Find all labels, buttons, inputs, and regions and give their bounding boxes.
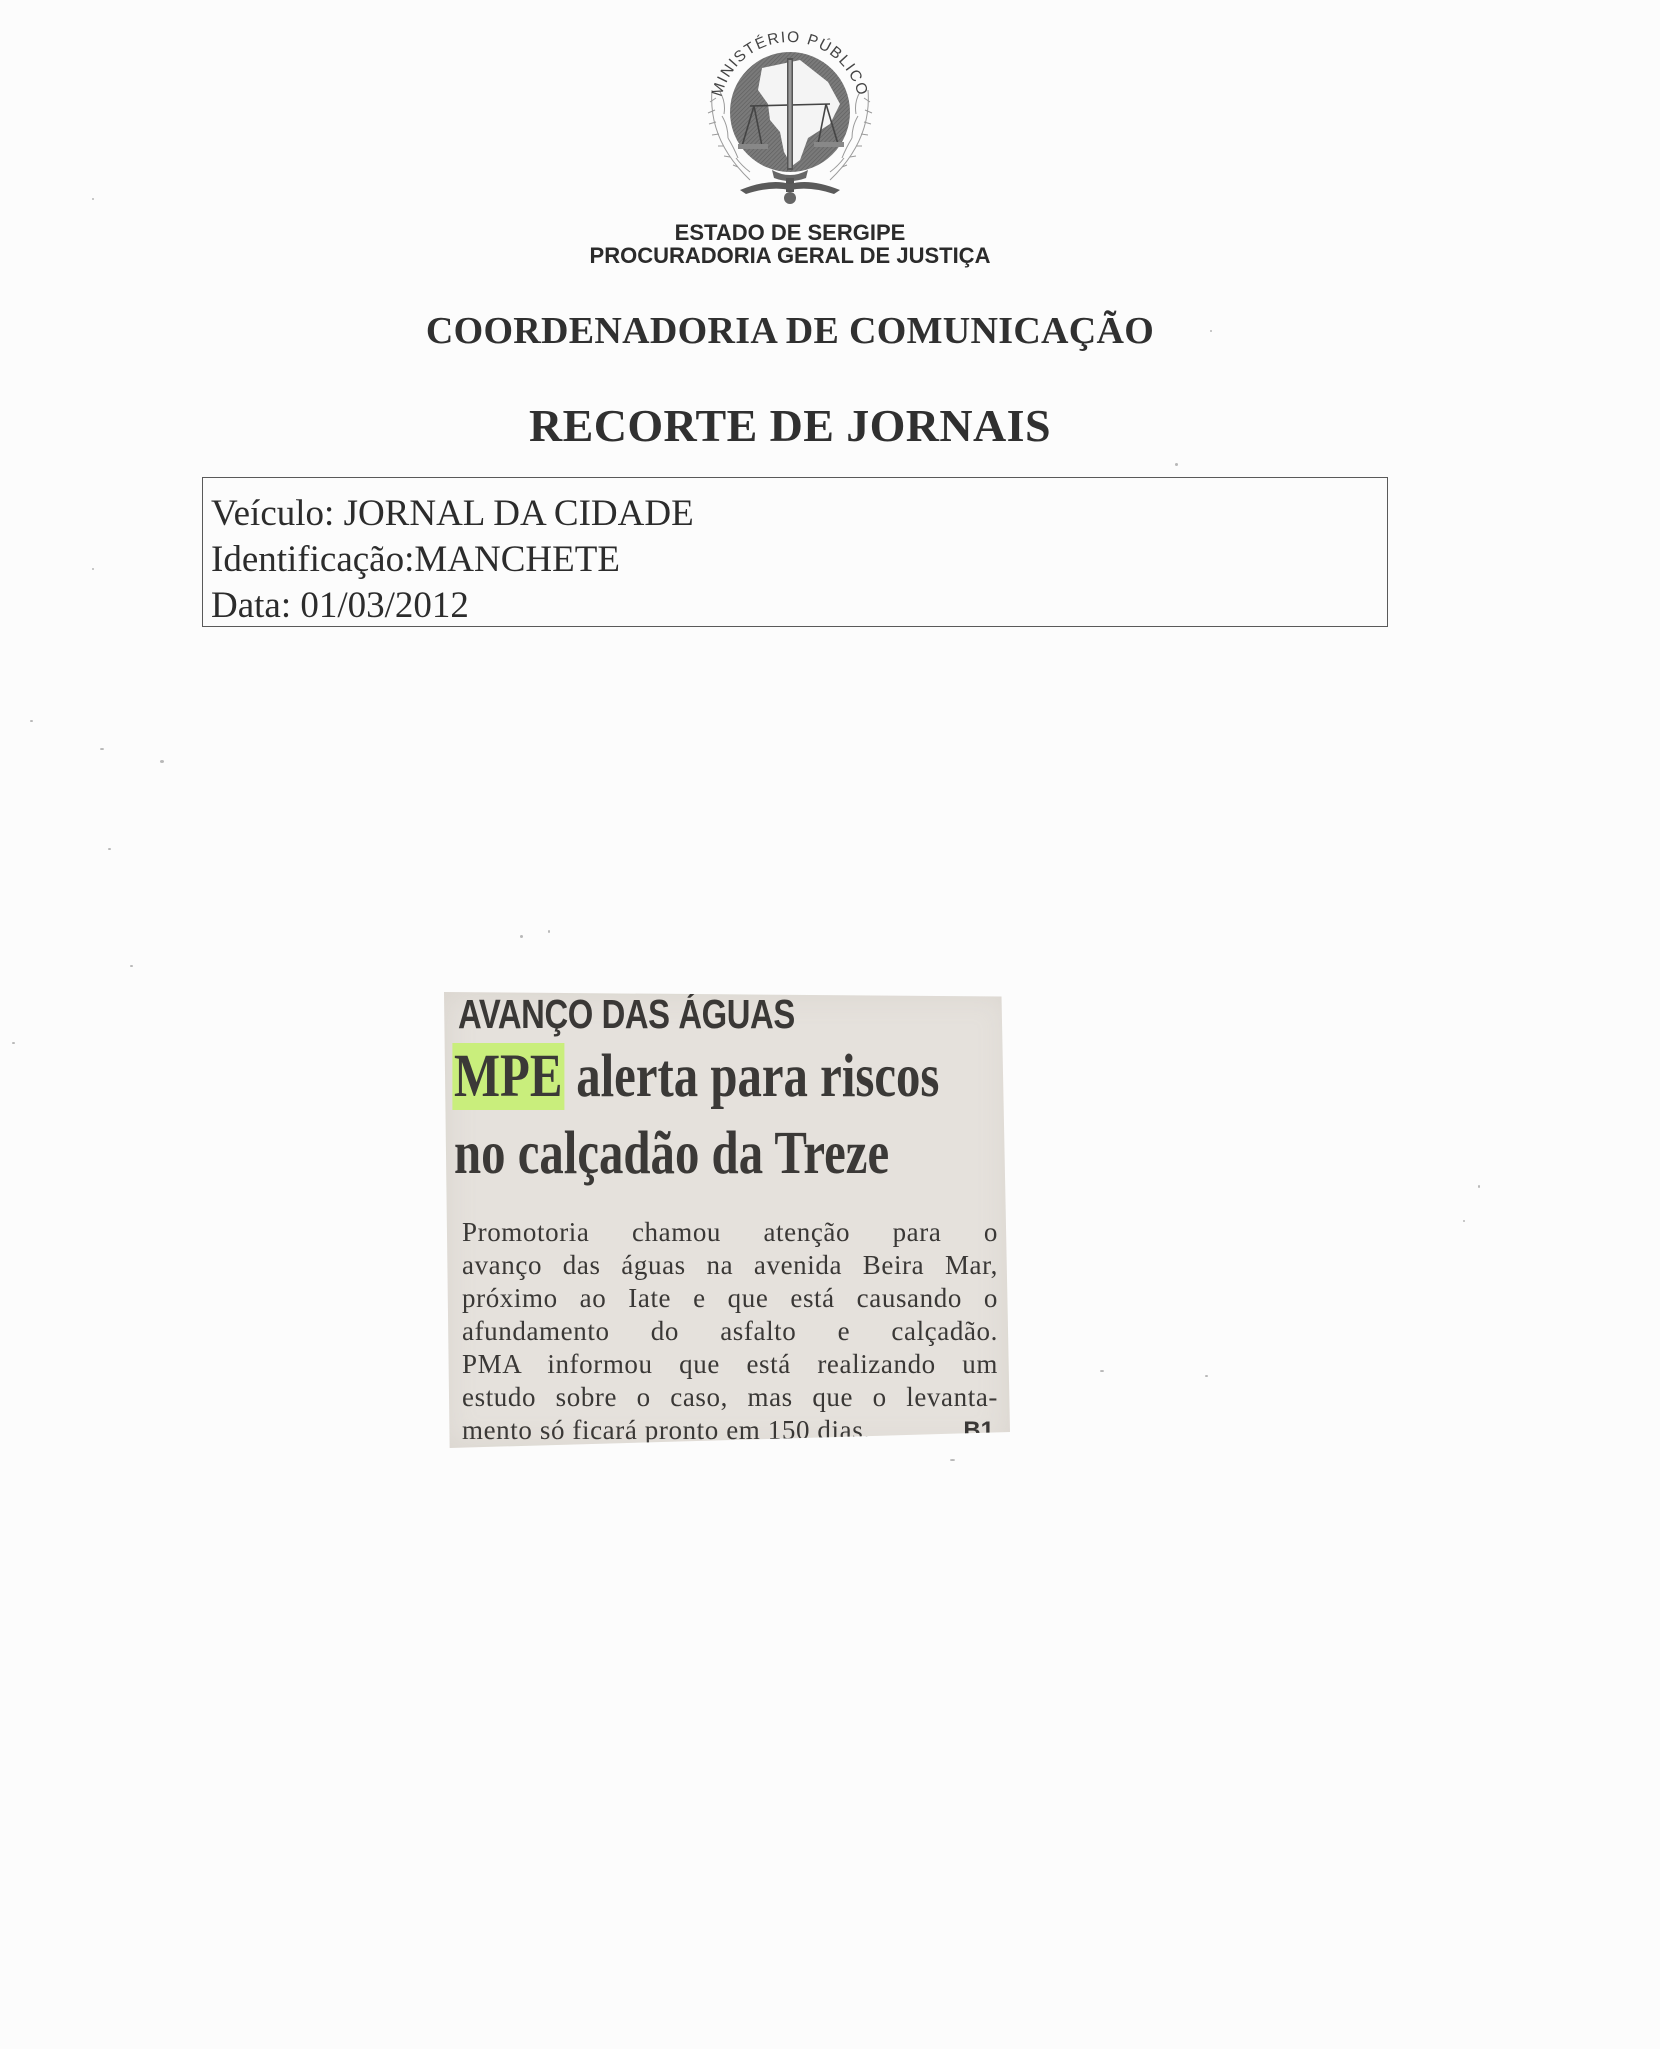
body-line: avanço das águas na avenida Beira Mar,: [462, 1249, 998, 1282]
scan-speck: [548, 930, 550, 933]
headline-line-1: MPE alerta para riscos: [454, 1044, 939, 1110]
date-row: Data: 01/03/2012: [211, 583, 1387, 629]
newspaper-clipping: AVANÇO DAS ÁGUAS MPE alerta para riscos …: [444, 992, 1010, 1448]
clipping-info-box: Veículo: JORNAL DA CIDADE Identificação:…: [202, 477, 1388, 627]
scan-speck: [108, 848, 111, 850]
scan-speck: [130, 965, 133, 967]
scan-speck: [1478, 1185, 1480, 1188]
scan-speck: [92, 568, 94, 570]
scan-speck: [1100, 1370, 1104, 1372]
vehicle-value: JORNAL DA CIDADE: [344, 493, 694, 534]
body-line: próximo ao Iate e que está causando o: [462, 1282, 998, 1315]
scan-speck: [1205, 1375, 1208, 1377]
scan-speck: [12, 1042, 15, 1044]
scan-speck: [160, 760, 164, 763]
vehicle-row: Veículo: JORNAL DA CIDADE: [211, 491, 1387, 537]
identification-row: Identificação:MANCHETE: [211, 537, 1387, 583]
vehicle-label: Veículo:: [211, 493, 334, 534]
date-label: Data:: [211, 585, 291, 626]
document-title: RECORTE DE JORNAIS: [0, 400, 1580, 452]
department-heading: COORDENADORIA DE COMUNICAÇÃO: [0, 309, 1580, 353]
page-reference: B1: [963, 1414, 994, 1447]
identification-label: Identificação:: [211, 539, 414, 580]
scan-speck: [520, 935, 523, 938]
ministerio-publico-seal-icon: MINISTÉRIO PÚBLICO: [700, 20, 880, 205]
body-line: Promotoria chamou atenção para o: [462, 1216, 998, 1249]
body-line-last: mento só ficará pronto em 150 dias.B1: [462, 1414, 998, 1447]
clipping-kicker: AVANÇO DAS ÁGUAS: [458, 990, 795, 1038]
identification-value: MANCHETE: [414, 539, 620, 580]
agency-name: PROCURADORIA GERAL DE JUSTIÇA: [0, 244, 1580, 268]
date-value: 01/03/2012: [300, 585, 469, 626]
headline-line-2: no calçadão da Treze: [454, 1121, 889, 1187]
body-line: PMA informou que está realizando um: [462, 1348, 998, 1381]
highlighted-text: MPE: [452, 1043, 564, 1110]
scan-speck: [950, 1459, 955, 1461]
state-name: ESTADO DE SERGIPE: [0, 221, 1580, 245]
scan-speck: [100, 748, 104, 750]
scan-speck: [1463, 1220, 1465, 1222]
body-line: afundamento do asfalto e calçadão.: [462, 1315, 998, 1348]
scan-speck: [92, 198, 94, 200]
body-line: estudo sobre o caso, mas que o levanta-: [462, 1381, 998, 1414]
scan-speck: [1210, 330, 1212, 332]
scan-speck: [1175, 463, 1178, 466]
headline-line-1-rest: alerta para riscos: [576, 1043, 939, 1110]
scan-speck: [30, 720, 33, 722]
clipping-body: Promotoria chamou atenção para o avanço …: [462, 1216, 1002, 1447]
body-line-text: mento só ficará pronto em 150 dias.: [462, 1415, 871, 1445]
